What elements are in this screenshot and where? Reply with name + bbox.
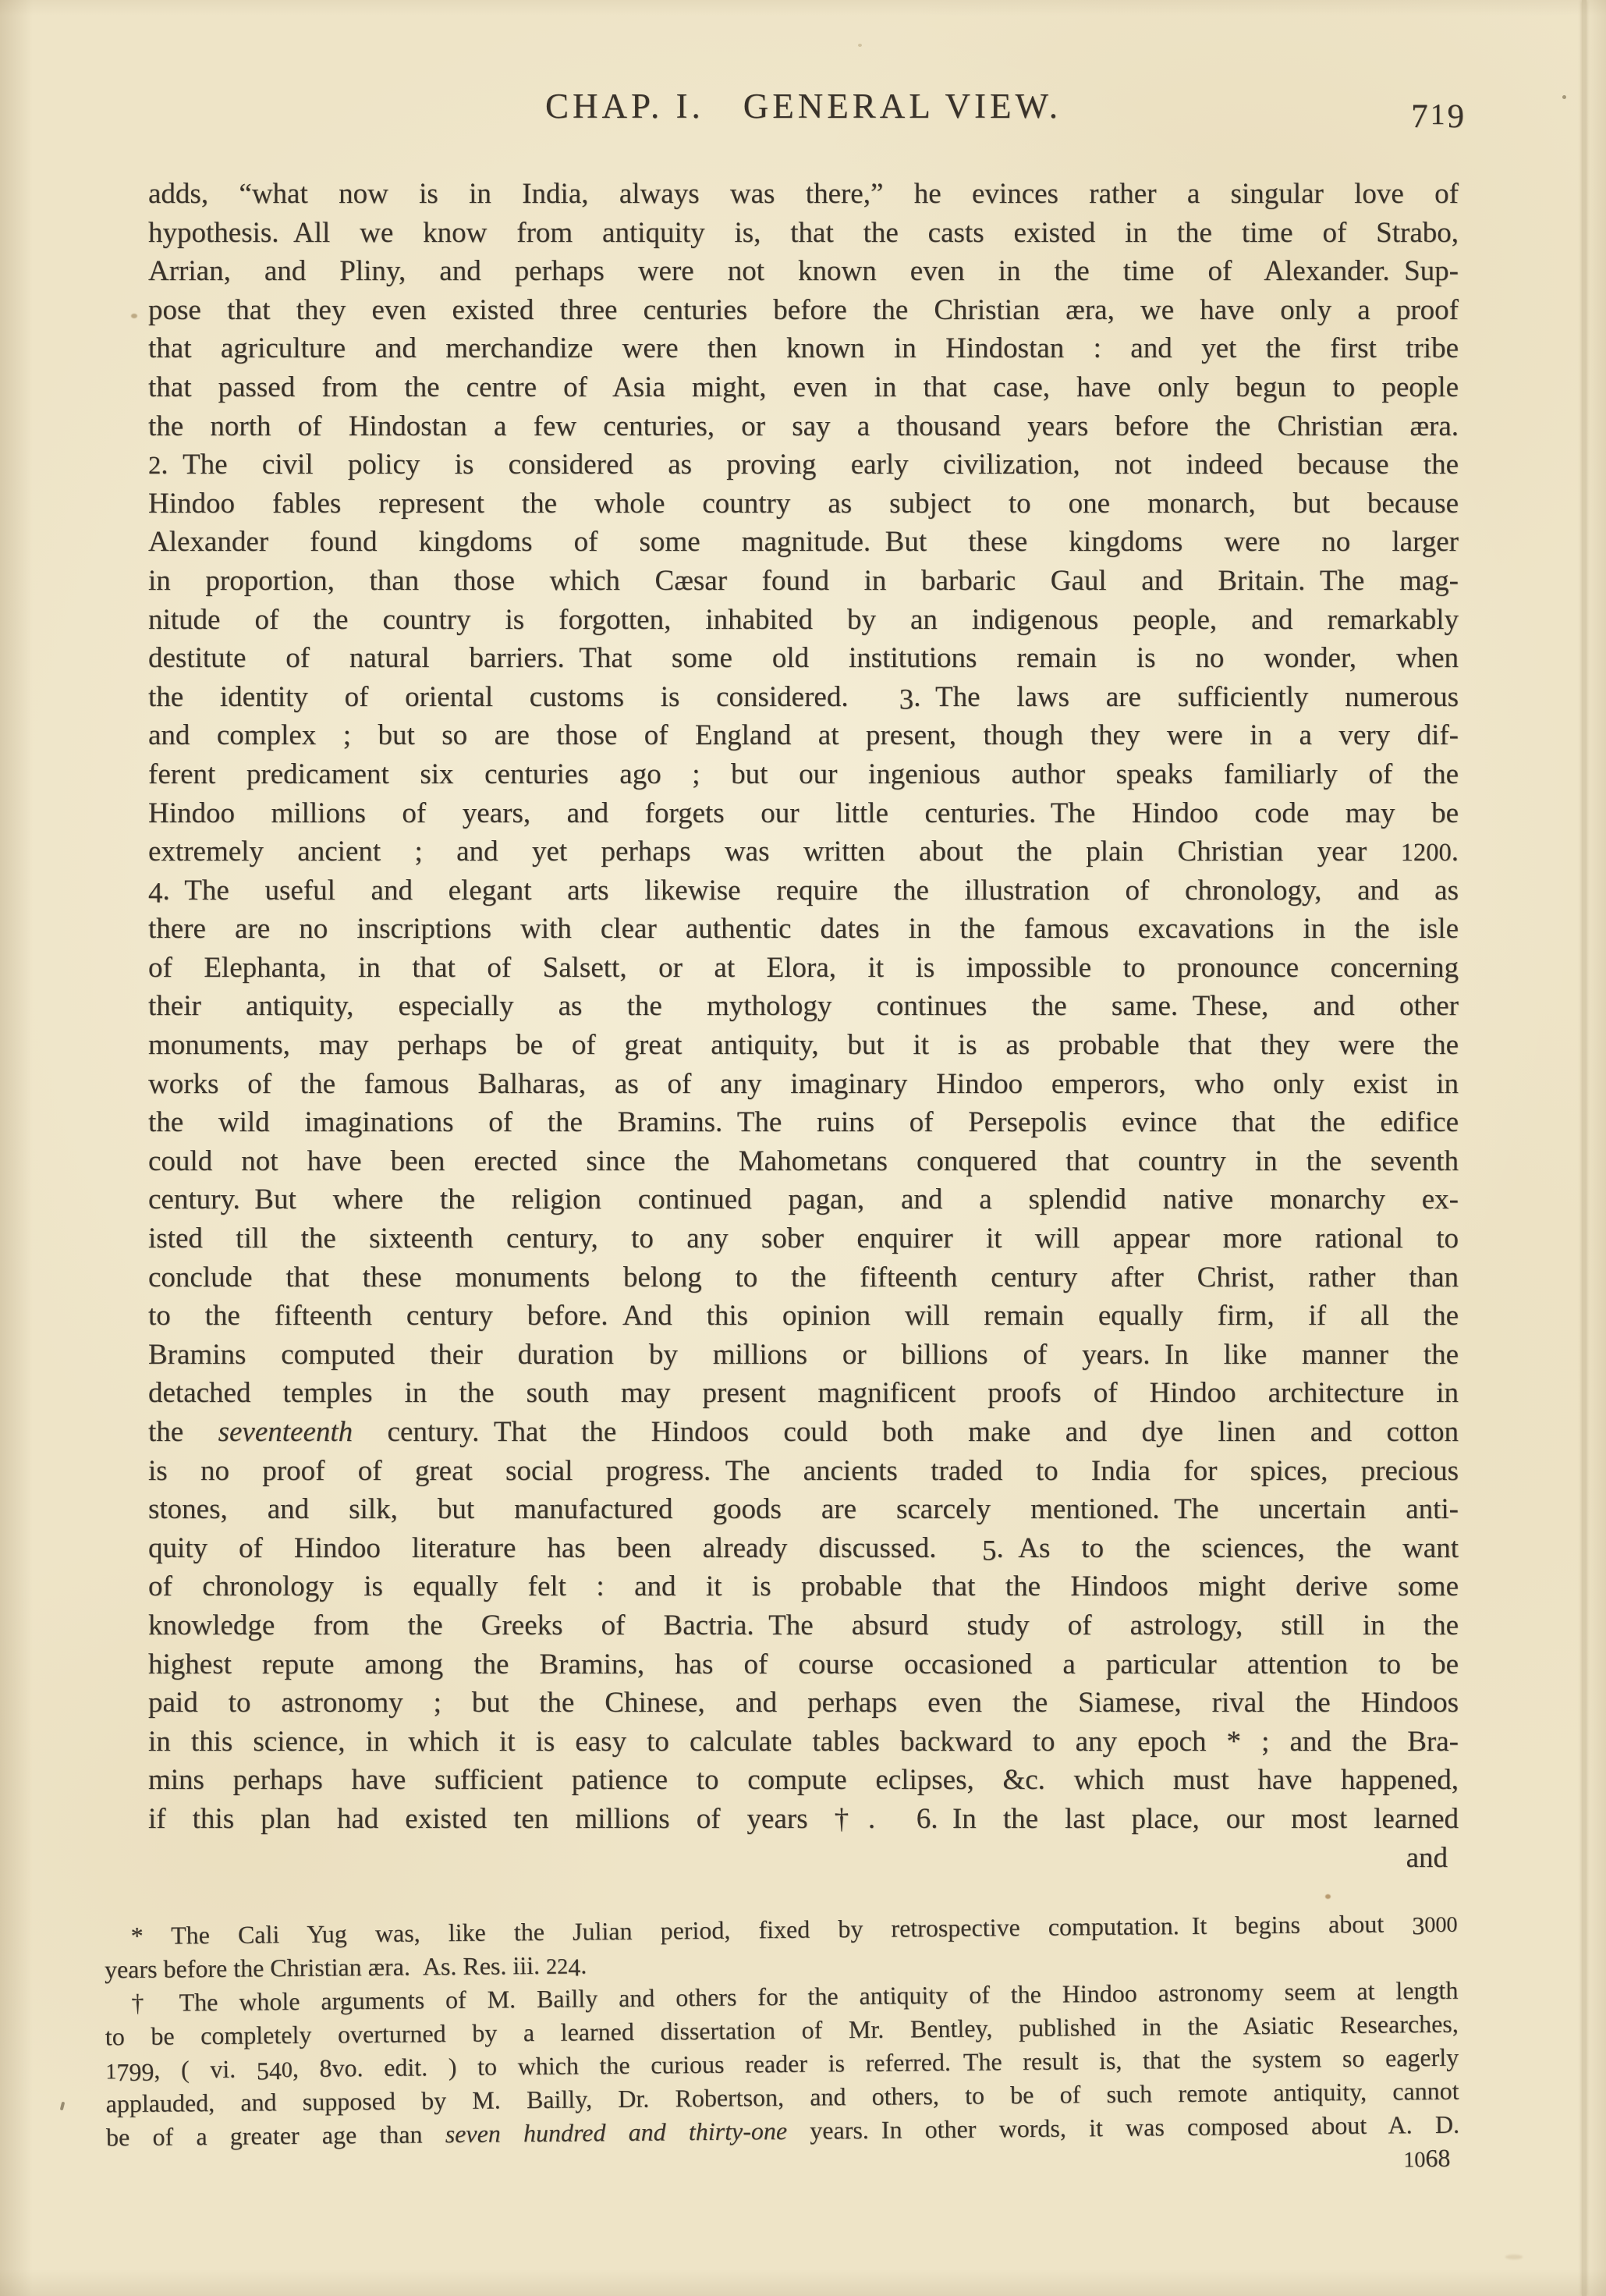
- body-line: knowledge from the Greeks of Bactria. Th…: [148, 1606, 1459, 1645]
- paper-speck: [858, 44, 862, 47]
- body-line: the north of Hindostan a few centuries, …: [148, 407, 1459, 446]
- page-number: 719: [1381, 90, 1466, 140]
- body-line: Hindoo fables represent the whole countr…: [148, 484, 1459, 523]
- catchword: and: [148, 1839, 1459, 1878]
- body-line: ferent predicament six centuries ago ; b…: [148, 755, 1459, 794]
- body-line: that passed from the centre of Asia migh…: [148, 368, 1459, 407]
- book-page: CHAP. I. GENERAL VIEW. 719 adds, “what n…: [0, 0, 1606, 2296]
- body-line: Bramins computed their duration by milli…: [148, 1336, 1459, 1375]
- body-line: works of the famous Balharas, as of any …: [148, 1065, 1459, 1104]
- body-line: paid to astronomy ; but the Chinese, and…: [148, 1684, 1459, 1723]
- body-line: hypothesis. All we know from antiquity i…: [148, 214, 1459, 253]
- body-line: could not have been erected since the Ma…: [148, 1142, 1459, 1181]
- body-line: the seventeenth century. That the Hindoo…: [148, 1413, 1459, 1452]
- body-line: century. But where the religion continue…: [148, 1180, 1459, 1219]
- paper-speck: [1562, 95, 1566, 99]
- paper-speck: [1325, 1894, 1331, 1899]
- paper-speck: [60, 2102, 66, 2111]
- body-line: highest repute among the Bramins, has of…: [148, 1645, 1459, 1684]
- footnotes: * The Cali Yug was, like the Julian peri…: [104, 1907, 1459, 2188]
- body-line: to the fifteenth century before. And thi…: [148, 1297, 1459, 1336]
- body-line: is no proof of great social progress. Th…: [148, 1452, 1459, 1491]
- body-line: their antiquity, especially as the mytho…: [148, 987, 1459, 1026]
- body-line: and complex ; but so are those of Englan…: [148, 716, 1459, 755]
- body-line: destitute of natural barriers. That some…: [148, 639, 1459, 678]
- body-line: conclude that these monuments belong to …: [148, 1258, 1459, 1297]
- body-line: the identity of oriental customs is cons…: [148, 678, 1459, 717]
- body-line: mins perhaps have sufficient patience to…: [148, 1761, 1459, 1800]
- body-line: Alexander found kingdoms of some magnitu…: [148, 523, 1459, 562]
- body-line: in proportion, than those which Cæsar fo…: [148, 562, 1459, 601]
- body-line: 2. The civil policy is considered as pro…: [148, 445, 1459, 484]
- body-line: stones, and silk, but manufactured goods…: [148, 1490, 1459, 1529]
- running-header: CHAP. I. GENERAL VIEW.: [148, 83, 1459, 130]
- body-line: detached temples in the south may presen…: [148, 1374, 1459, 1413]
- body-line: extremely ancient ; and yet perhaps was …: [148, 832, 1459, 871]
- page-edge-shadow: [1582, 0, 1587, 2296]
- body-line: adds, “what now is in India, always was …: [148, 175, 1459, 214]
- body-line: that agriculture and merchandize were th…: [148, 329, 1459, 368]
- body-line: 4. The useful and elegant arts likewise …: [148, 871, 1459, 910]
- body-line: Arrian, and Pliny, and perhaps were not …: [148, 252, 1459, 291]
- paper-speck: [1505, 2255, 1523, 2259]
- body-line: in this science, in which it is easy to …: [148, 1723, 1459, 1762]
- paper-speck: [131, 314, 137, 318]
- body-line: if this plan had existed ten millions of…: [148, 1800, 1459, 1839]
- body-line: the wild imaginations of the Bramins. Th…: [148, 1103, 1459, 1142]
- body-line: of Elephanta, in that of Salsett, or at …: [148, 949, 1459, 988]
- body-line: of chronology is equally felt : and it i…: [148, 1567, 1459, 1606]
- body-line: there are no inscriptions with clear aut…: [148, 910, 1459, 949]
- body-line: monuments, may perhaps be of great antiq…: [148, 1026, 1459, 1065]
- body-text: adds, “what now is in India, always was …: [148, 175, 1459, 1839]
- body-line: pose that they even existed three centur…: [148, 291, 1459, 330]
- body-line: isted till the sixteenth century, to any…: [148, 1219, 1459, 1258]
- body-line: quity of Hindoo literature has been alre…: [148, 1529, 1459, 1568]
- body-line: Hindoo millions of years, and forgets ou…: [148, 794, 1459, 833]
- body-line: nitude of the country is forgotten, inha…: [148, 601, 1459, 640]
